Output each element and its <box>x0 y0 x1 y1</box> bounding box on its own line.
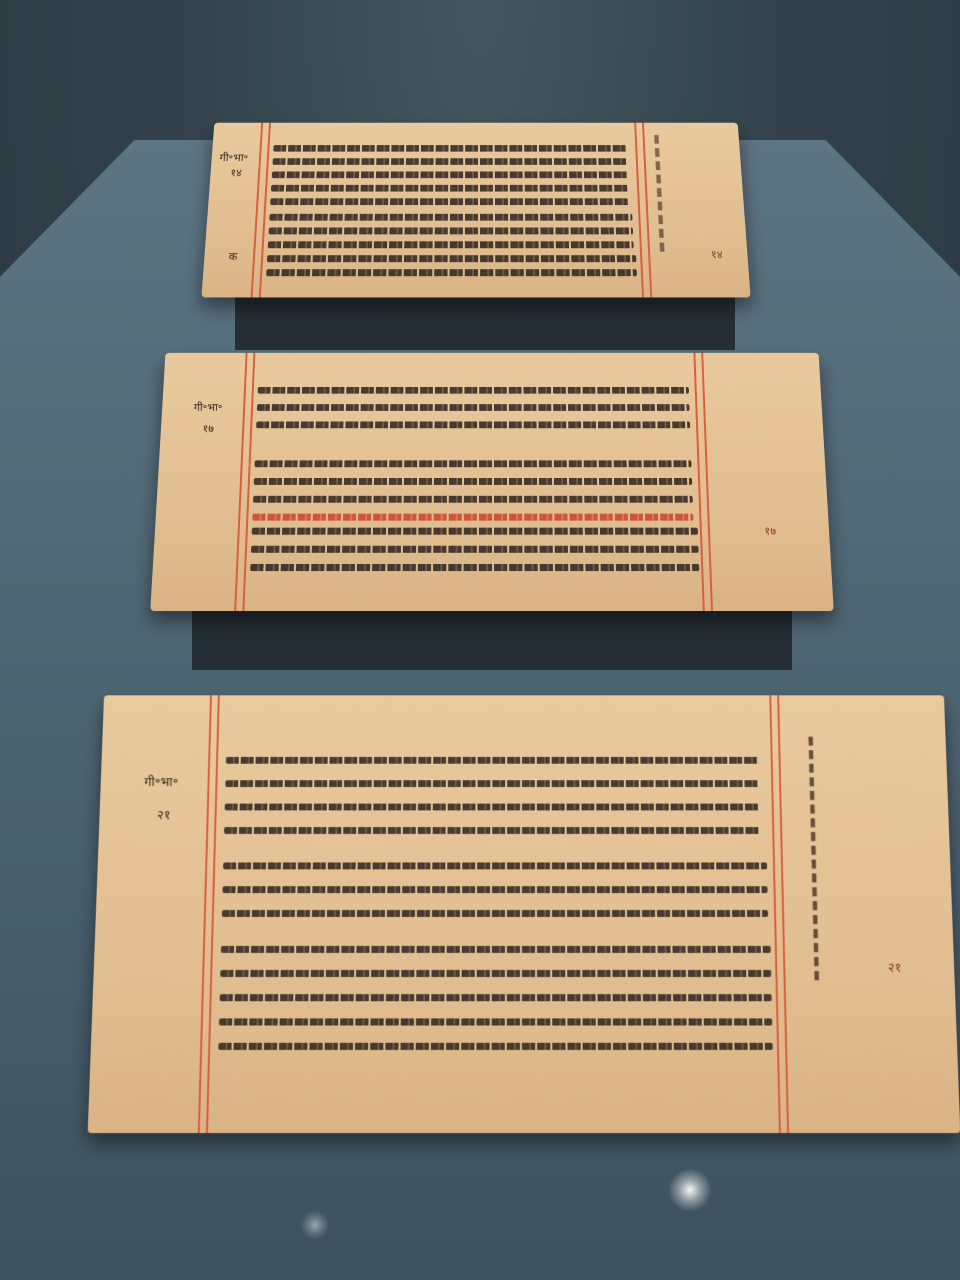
margin-rule-right <box>693 353 713 611</box>
text-line <box>254 478 692 485</box>
manuscript-folio-top: गी॰भा॰ १४ क १४ ▮▮▮▮▮▮▮▮▮ <box>201 123 750 298</box>
light-reflection <box>300 1210 330 1240</box>
text-line <box>250 564 699 571</box>
text-line <box>270 198 630 205</box>
text-line <box>273 145 627 152</box>
text-line <box>252 528 698 535</box>
text-line <box>257 404 690 411</box>
folio-title-label: गी॰भा॰ <box>219 151 249 165</box>
folio-number-left: १४ <box>230 166 242 180</box>
text-line <box>272 172 629 179</box>
text-line <box>271 185 629 192</box>
text-line <box>251 546 699 553</box>
right-margin-notes: ▮▮▮▮▮▮▮▮▮ <box>649 132 669 257</box>
rubric-line <box>252 514 693 521</box>
text-line <box>218 1043 773 1050</box>
folio-number-left: १७ <box>202 421 214 436</box>
text-line <box>258 387 689 394</box>
text-line <box>219 1018 773 1025</box>
margin-rule-right <box>769 695 789 1133</box>
text-line <box>269 214 632 221</box>
folio-number-right: २१ <box>888 958 902 976</box>
text-line <box>220 970 771 977</box>
text-line <box>222 910 768 917</box>
folio-number-right: १४ <box>711 247 724 262</box>
plinth-top <box>235 290 735 350</box>
folio-title-label: गी॰भा॰ <box>144 772 178 789</box>
text-line <box>221 946 771 953</box>
text-line <box>224 827 760 834</box>
text-line <box>220 994 772 1001</box>
text-line <box>272 158 628 165</box>
margin-rule-left <box>198 695 220 1133</box>
text-line <box>266 269 637 276</box>
text-line <box>268 241 634 248</box>
folio-bottom-mark: क <box>228 249 238 264</box>
folio-number-right: १७ <box>764 524 776 539</box>
folio-title-label: गी॰भा॰ <box>193 400 222 414</box>
light-reflection <box>668 1168 712 1212</box>
text-line <box>225 804 760 811</box>
margin-rule-left <box>234 353 255 611</box>
text-line <box>223 862 767 869</box>
text-line <box>256 421 690 428</box>
text-line <box>222 886 767 893</box>
right-margin-vertical-note: ▮▮▮▮▮▮▮▮▮▮▮▮▮▮▮▮▮▮ <box>804 734 824 990</box>
manuscript-folio-bottom: गी॰भा॰ २१ २१ ▮▮▮▮▮▮▮▮▮▮▮▮▮▮▮▮▮▮ <box>88 695 960 1133</box>
text-line <box>267 255 636 262</box>
folio-number-left: २१ <box>157 806 171 824</box>
text-line <box>268 228 633 235</box>
text-line <box>226 757 759 764</box>
manuscript-folio-middle: गी॰भा॰ १७ १७ <box>150 353 834 611</box>
text-line <box>225 780 759 787</box>
text-line <box>253 496 693 503</box>
text-line <box>254 460 691 467</box>
